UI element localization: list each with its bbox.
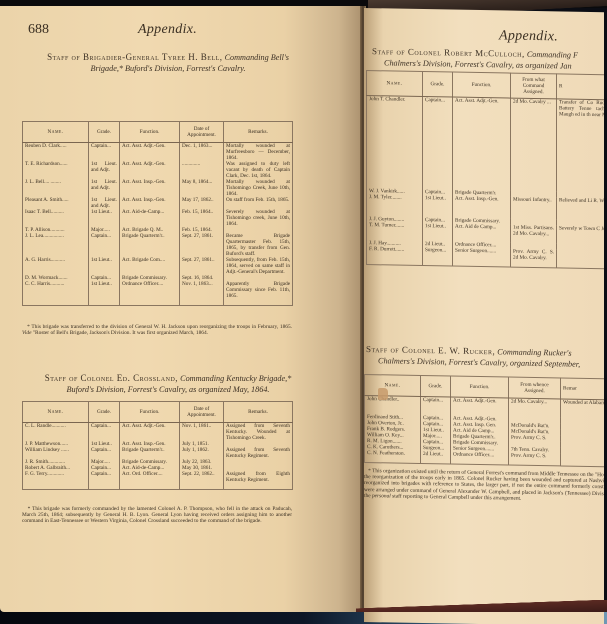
footnote-bell: * This brigade was transferred to the di… [22,324,292,336]
page-number: 688 [28,22,49,38]
paper-stain [378,388,388,400]
crossland-staff-table: Name. Grade. Function. Date of Appointme… [22,401,293,490]
column-header-function: Function. [451,376,509,398]
section-heading-rucker: Staff of Colonel E. W. Rucker, Commandin… [366,344,604,371]
book-cover-bottom-edge [356,600,607,612]
column-header-grade: Grade. [421,375,451,397]
column-header-grade: Grade. [89,402,120,423]
running-title: Appendix. [138,22,197,38]
column-header-remarks: Remarks. [224,402,293,423]
left-page: 688 Appendix. Staff of Brigadier-General… [0,6,364,612]
section-heading-bell: Staff of Brigadier-General Tyree H. Bell… [22,52,314,74]
table-row: C. L. Randle...........Captain...Act. As… [23,423,293,442]
column-header-name: Name. [365,375,421,397]
footnote-rucker: * This organization existed until the re… [364,468,604,504]
bell-staff-table: Name. Grade. Function. Date of Appointme… [22,121,293,306]
table-row: C. N. Featherston.2d Lieut..Ordnance Off… [365,450,605,467]
column-header-from: From what Command Assigned. [511,73,557,99]
footnote-crossland: * This brigade was formerly commanded by… [22,506,292,525]
column-header-name: Name. [23,402,89,423]
column-header-remarks: Remarks. [224,122,293,143]
column-header-remarks: Remar [561,378,605,400]
column-header-grade: Grade. [423,72,453,98]
table-row: F. G. Terry.............Captain...Act. O… [23,471,293,490]
table-row: F. R. Durrett.......Surgeon...Senior Sur… [367,246,605,269]
right-page: Appendix. Staff of Colonel Robert McCull… [364,8,604,624]
column-header-grade: Grade. [89,122,120,143]
column-header-from: From whence Assigned. [509,377,561,399]
running-title: Appendix. [499,28,558,45]
table-row: Reuben D. Clark.....Captain...Act. Asst.… [23,143,293,162]
column-header-function: Function. [120,122,180,143]
column-header-function: Function. [120,402,180,423]
table-row: Isaac T. Bell..........1st Lieut..Act. A… [23,209,293,227]
table-row: J. L. Lea................Captain...Briga… [23,233,293,257]
table-row: Pleasant A. Smith.....1st Lieut. and Adj… [23,197,293,209]
table-row: A. G. Harris...........1st Lieut..Act. B… [23,257,293,275]
section-heading-mcculloch: Staff of Colonel Robert McCulloch, Comma… [372,46,604,73]
section-heading-crossland: Staff of Colonel Ed. Crossland, Commandi… [22,373,314,395]
column-header-date: Date of Appointment. [180,122,224,143]
column-header-function: Function. [453,72,511,98]
table-row: T. E. Richardson......1st Lieut. and Adj… [23,161,293,179]
column-header-name: Name. [367,71,423,97]
mcculloch-staff-table: Name. Grade. Function. From what Command… [366,70,604,270]
column-header-name: Name. [23,122,89,143]
column-header-date: Date of Appointment. [180,402,224,423]
table-row: John T. Chandler.Captain...Act. Asst. Ad… [367,96,605,193]
table-row: C. C. Harris...........1st Lieut..Ordnan… [23,281,293,306]
column-header-remarks: R [557,74,605,101]
table-row: William Lindsey ......Captain...Brigade … [23,447,293,459]
table-row: J. L. Bell.... ........1st Lieut. and Ad… [23,179,293,197]
rucker-staff-table: Name. Grade. Function. From whence Assig… [364,374,604,468]
